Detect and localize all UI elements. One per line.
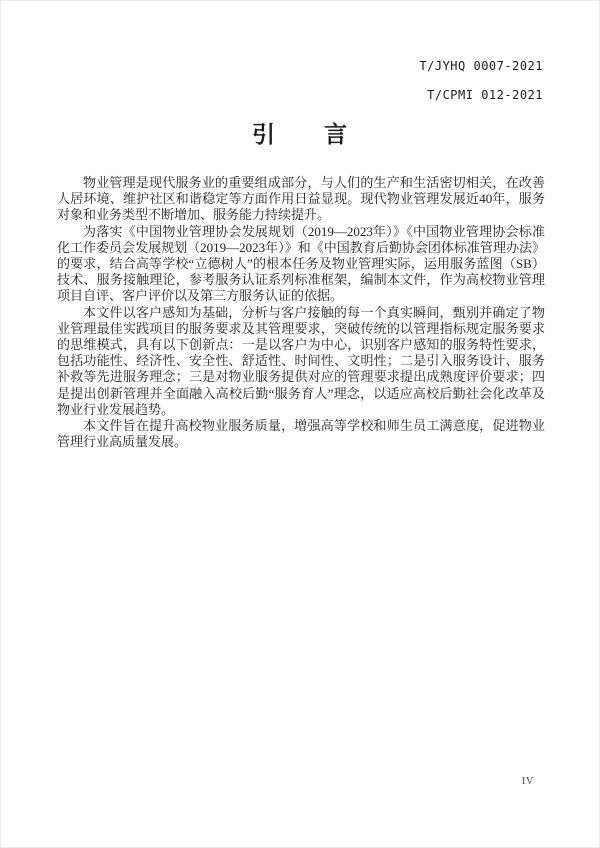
page-footer: IV [0, 776, 600, 792]
paragraph-2: 为落实《中国物业管理协会发展规划（2019—2023年）》《中国物业管理协会标准… [57, 224, 545, 305]
standard-code-secondary: T/CPMI 012-2021 [419, 87, 543, 103]
body-text: 物业管理是现代服务业的重要组成部分，与人们的生产和生活密切相关，在改善人居环境、… [57, 175, 545, 450]
page-title: 引 言 [0, 121, 600, 149]
standard-codes: T/JYHQ 0007-2021 T/CPMI 012-2021 [419, 58, 543, 103]
page-number: IV [522, 776, 534, 787]
paragraph-1: 物业管理是现代服务业的重要组成部分，与人们的生产和生活密切相关，在改善人居环境、… [57, 175, 545, 224]
paragraph-3: 本文件以客户感知为基础，分析与客户接触的每一个真实瞬间，甄别并确定了物业管理最佳… [57, 305, 545, 418]
document-page: T/JYHQ 0007-2021 T/CPMI 012-2021 引 言 物业管… [0, 0, 600, 848]
standard-code-primary: T/JYHQ 0007-2021 [419, 58, 543, 74]
paragraph-4: 本文件旨在提升高校物业服务质量，增强高等学校和师生员工满意度，促进物业管理行业高… [57, 418, 545, 450]
